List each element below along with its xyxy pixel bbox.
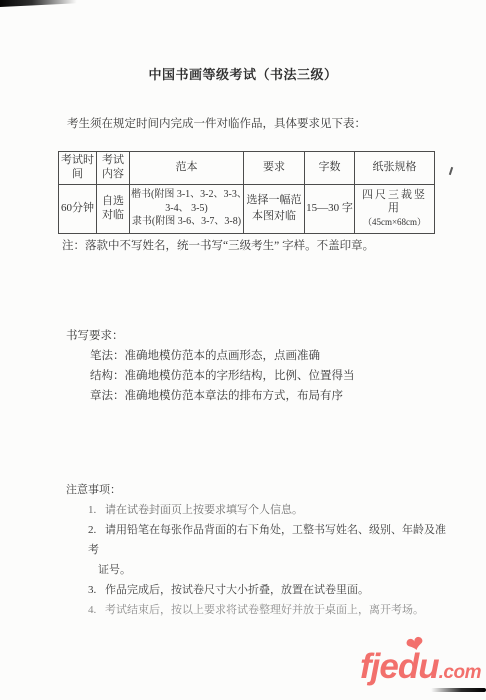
watermark-domain-suffix: .com <box>439 662 481 683</box>
notice-3-text: 作品完成后，按试卷尺寸大小折叠，放置在试卷里面。 <box>105 584 369 596</box>
paper-spec-size: 四尺三裁竖用 <box>356 189 433 217</box>
notice-item-3: 3.作品完成后，按试卷尺寸大小折叠，放置在试卷里面。 <box>88 580 448 600</box>
header-word-count: 字数 <box>305 152 355 185</box>
header-exam-time: 考试时间 <box>59 152 97 185</box>
header-model: 范本 <box>130 152 244 185</box>
notice-2-text-continued: 证号。 <box>98 560 448 580</box>
scan-artifact-tick-mark <box>449 167 453 175</box>
notice-1-number: 1. <box>88 500 105 520</box>
notice-4-text: 考试结束后，按以上要求将试卷整理好并放于桌面上，离开考场。 <box>105 604 424 616</box>
table-data-row: 60分钟 自选对临 楷书(附图 3-1、3-2、3-3、 3-4、 3-5) 隶… <box>59 184 435 233</box>
paper-spec-dimensions: （45cm×68cm） <box>356 217 433 228</box>
cell-word-count: 15—30 字 <box>305 184 355 233</box>
notice-1-text: 请在试卷封面页上按要求填写个人信息。 <box>105 504 303 516</box>
cell-duration: 60分钟 <box>59 184 97 233</box>
notices-heading: 注意事项： <box>66 480 448 500</box>
notice-item-2: 2.请用铅笔在每张作品背面的右下角处，工整书写姓名、级别、年龄及准考 证号。 <box>88 520 448 580</box>
requirement-line-1: 选择一幅范 <box>245 193 303 208</box>
notices-section: 注意事项： 1.请在试卷封面页上按要求填写个人信息。 2.请用铅笔在每张作品背面… <box>66 480 448 620</box>
cell-content: 自选对临 <box>97 184 130 233</box>
notice-2-text: 请用铅笔在每张作品背面的右下角处，工整书写姓名、级别、年龄及准考 <box>88 524 446 556</box>
notice-4-number: 4. <box>88 600 105 620</box>
scan-artifact-bottom-right <box>431 688 486 692</box>
signature-note: 注：落款中不写姓名，统一书写“三级考生” 字样。不盖印章。 <box>62 237 374 253</box>
requirement-line-2: 本图对临 <box>245 209 303 224</box>
document-title: 中国书画等级考试（书法三级） <box>0 64 486 83</box>
writing-requirement-jiegou: 结构：准确地模仿范本的字形结构，比例、位置得当 <box>90 366 355 386</box>
fjedu-watermark-logo: ❤fjedu.com <box>360 647 481 687</box>
notice-3-number: 3. <box>88 580 105 600</box>
scanned-exam-document: 中国书画等级考试（书法三级） 考生须在规定时间内完成一件对临作品，具体要求见下表… <box>0 0 486 700</box>
intro-sentence: 考生须在规定时间内完成一件对临作品，具体要求见下表： <box>67 115 366 131</box>
scan-artifact-top-left <box>0 0 80 7</box>
notice-item-4: 4.考试结束后，按以上要求将试卷整理好并放于桌面上，离开考场。 <box>88 600 448 620</box>
notice-2-number: 2. <box>88 520 105 540</box>
writing-requirements-heading: 书写要求： <box>66 326 355 346</box>
cell-requirement: 选择一幅范 本图对临 <box>244 184 305 233</box>
header-paper-spec: 纸张规格 <box>355 152 435 185</box>
table-header-row: 考试时间 考试内容 范本 要求 字数 纸张规格 <box>59 152 435 185</box>
cell-paper-spec: 四尺三裁竖用 （45cm×68cm） <box>355 184 435 233</box>
header-exam-content: 考试内容 <box>97 152 130 185</box>
header-requirement: 要求 <box>244 152 305 185</box>
cell-model-scripts: 楷书(附图 3-1、3-2、3-3、 3-4、 3-5) 隶书(附图 3-6、3… <box>130 184 244 233</box>
model-line-lishu: 隶书(附图 3-6、3-7、3-8) <box>131 215 242 229</box>
writing-requirement-bifa: 笔法：准确地模仿范本的点画形态，点画准确 <box>90 346 355 366</box>
exam-spec-table: 考试时间 考试内容 范本 要求 字数 纸张规格 60分钟 自选对临 楷书(附图 … <box>58 151 435 234</box>
model-line-kaishu: 楷书(附图 3-1、3-2、3-3、 <box>131 188 242 202</box>
writing-requirement-zhangfa: 章法：准确地模仿范本章法的排布方式，布局有序 <box>90 386 355 406</box>
notice-item-1: 1.请在试卷封面页上按要求填写个人信息。 <box>88 500 448 520</box>
model-line-kaishu-cont: 3-4、 3-5) <box>131 202 242 216</box>
writing-requirements-section: 书写要求： 笔法：准确地模仿范本的点画形态，点画准确 结构：准确地模仿范本的字形… <box>66 326 355 406</box>
